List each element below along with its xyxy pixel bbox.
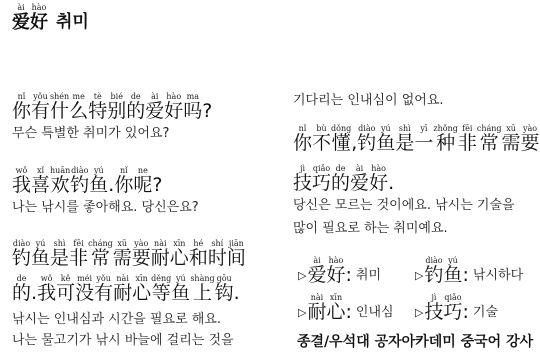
hanzi-with-pinyin: hào好 (326, 256, 345, 286)
reply-korean-line-2: 많이 필요로 하는 취미예요. (293, 219, 448, 239)
vocab-term: ài爱hào好 (307, 256, 345, 286)
hanzi: 可 (56, 283, 75, 304)
hanzi-with-pinyin: hào好 (164, 92, 183, 122)
hanzi: 巧 (312, 173, 331, 194)
hanzi-with-pinyin: huān欢 (50, 166, 70, 196)
punctuation: . (388, 173, 394, 194)
hanzi-with-pinyin: shàng上 (190, 274, 214, 304)
colon: : (463, 265, 469, 286)
hanzi-with-pinyin: cháng常 (88, 239, 113, 269)
hanzi: 鱼 (376, 133, 395, 154)
hanzi: 耐 (307, 302, 326, 323)
hanzi: 你 (12, 101, 31, 122)
hanzi: 巧 (443, 302, 462, 323)
hanzi: 钓 (70, 175, 89, 196)
hanzi-with-pinyin: ne呢 (133, 166, 152, 196)
hanzi-with-pinyin: diào钓 (12, 239, 31, 269)
hanzi: 懂 (332, 133, 351, 154)
hanzi-with-pinyin: hào好 (369, 164, 388, 194)
hanzi-with-pinyin: wǒ我 (37, 274, 56, 304)
hanzi-with-pinyin: diào钓 (357, 124, 376, 154)
hanzi-with-pinyin: nài耐 (151, 239, 170, 269)
hanzi: 种 (436, 133, 455, 154)
hanzi: 心 (326, 302, 345, 323)
hanzi: 需 (502, 133, 521, 154)
hanzi-with-pinyin: xīn心 (326, 293, 345, 323)
hanzi: 上 (193, 283, 212, 304)
hanzi: 鱼 (31, 248, 50, 269)
hanzi-with-pinyin: xū需 (113, 239, 132, 269)
hanzi: 钩 (215, 283, 234, 304)
hanzi-with-pinyin: ài爱 (350, 164, 369, 194)
hanzi-with-pinyin: yú鱼 (376, 124, 395, 154)
hanzi: 我 (12, 175, 31, 196)
colon: : (346, 302, 352, 323)
hanzi: 鱼 (443, 265, 462, 286)
hanzi-with-pinyin: zhǒng种 (433, 124, 457, 154)
hanzi: 不 (312, 133, 331, 154)
title-ruby: ài爱hào好 취미 (12, 3, 89, 33)
hanzi-with-pinyin: shì是 (50, 239, 69, 269)
hanzi: 是 (50, 248, 69, 269)
hanzi: 你 (114, 175, 133, 196)
vocab-item-patience: ▷nài耐xīn心:인내심 (298, 293, 394, 323)
answer-2-chinese-line-1: diào钓yú鱼shì是fēi非cháng常xū需yào要nài耐xīn心hé和… (12, 239, 246, 269)
hanzi-with-pinyin: ài爱 (12, 3, 30, 33)
hanzi: 呢 (133, 175, 152, 196)
vocab-item-hobby: ▷ài爱hào好:취미 (298, 256, 381, 286)
hanzi: 技 (293, 173, 312, 194)
hanzi-with-pinyin: méi没 (75, 274, 94, 304)
hanzi: 钓 (424, 265, 443, 286)
hanzi-with-pinyin: ma吗 (183, 92, 202, 122)
hanzi-with-pinyin: me么 (69, 92, 88, 122)
hanzi-with-pinyin: bié别 (107, 92, 126, 122)
hanzi-with-pinyin: xīn心 (170, 239, 189, 269)
reply-chinese-line-2: jì技qiǎo巧de的ài爱hào好. (293, 164, 394, 194)
vocab-meaning: 취미 (356, 266, 381, 286)
hanzi-with-pinyin: diào钓 (424, 256, 443, 286)
answer-2-korean-line-2: 나는 물고기가 낚시 바늘에 걸리는 것을 (12, 331, 234, 351)
hanzi-with-pinyin: yú鱼 (31, 239, 50, 269)
hanzi-with-pinyin: diào钓 (70, 166, 89, 196)
hanzi: 鱼 (89, 175, 108, 196)
hanzi: 要 (521, 133, 540, 154)
hanzi: 常 (91, 248, 110, 269)
hanzi-with-pinyin: nài耐 (113, 274, 132, 304)
hanzi: 好 (30, 12, 48, 33)
hanzi: 我 (37, 283, 56, 304)
answer-2-chinese-line-2: de的.wǒ我kě可méi没yǒu有nài耐xīn心děng等yú鱼shàng上… (12, 274, 240, 304)
hanzi-with-pinyin: nǐ你 (114, 166, 133, 196)
vocab-meaning: 인내심 (356, 303, 394, 323)
hanzi: 爱 (12, 12, 30, 33)
hanzi-with-pinyin: wǒ我 (12, 166, 31, 196)
hanzi-with-pinyin: gōu钩 (215, 274, 234, 304)
answer-2-korean-line-3: 기다리는 인내심이 없어요. (293, 91, 444, 111)
hanzi-with-pinyin: qiǎo巧 (443, 293, 462, 323)
hanzi: 间 (227, 248, 246, 269)
hanzi: 一 (414, 133, 433, 154)
hanzi: 常 (480, 133, 499, 154)
hanzi-with-pinyin: ài爱 (307, 256, 326, 286)
hanzi: 好 (164, 101, 183, 122)
hanzi: 有 (94, 283, 113, 304)
hanzi: 好 (326, 265, 345, 286)
hanzi: 鱼 (171, 283, 190, 304)
hanzi-with-pinyin: jì技 (293, 164, 312, 194)
hanzi: 有 (31, 101, 50, 122)
vocab-meaning: 기술 (473, 303, 498, 323)
pinyin: hào (32, 3, 47, 12)
triangle-bullet-icon: ▷ (415, 266, 423, 286)
hanzi: 你 (293, 133, 312, 154)
hanzi-with-pinyin: nài耐 (307, 293, 326, 323)
hanzi: 的 (12, 283, 31, 304)
vocab-term: diào钓yú鱼 (424, 256, 462, 286)
hanzi-with-pinyin: yú鱼 (171, 274, 190, 304)
triangle-bullet-icon: ▷ (298, 303, 306, 323)
hanzi-with-pinyin: ài爱 (145, 92, 164, 122)
hanzi-with-pinyin: de的 (12, 274, 31, 304)
hanzi-with-pinyin: xīn心 (132, 274, 151, 304)
hanzi-with-pinyin: nǐ你 (12, 92, 31, 122)
hanzi-with-pinyin: xū需 (502, 124, 521, 154)
answer-1-korean: 나는 낚시를 좋아해요. 당신은요? (12, 198, 199, 218)
hanzi-with-pinyin: dǒng懂 (331, 124, 351, 154)
hanzi-with-pinyin: yī一 (414, 124, 433, 154)
hanzi-with-pinyin: fēi非 (69, 239, 88, 269)
hanzi-with-pinyin: shén什 (50, 92, 69, 122)
hanzi-with-pinyin: de的 (331, 164, 350, 194)
hanzi: 的 (126, 101, 145, 122)
punctuation: ? (202, 101, 212, 122)
hanzi: 好 (369, 173, 388, 194)
hanzi-with-pinyin: nǐ你 (293, 124, 312, 154)
hanzi: 耐 (113, 283, 132, 304)
hanzi-with-pinyin: jì技 (424, 293, 443, 323)
answer-2-korean-line-1: 낚시는 인내심과 시간을 필요로 해요. (12, 310, 221, 330)
pinyin: ài (17, 3, 24, 12)
colon: : (463, 302, 469, 323)
hanzi: 钓 (12, 248, 31, 269)
hanzi-with-pinyin: cháng常 (477, 124, 502, 154)
hanzi-with-pinyin: shí时 (208, 239, 227, 269)
hanzi: 的 (331, 173, 350, 194)
hanzi: 爱 (350, 173, 369, 194)
hanzi: 非 (69, 248, 88, 269)
hanzi: 等 (152, 283, 171, 304)
question-1-chinese: nǐ你yǒu有shén什me么tè特bié别de的ài爱hào好ma吗? (12, 92, 212, 122)
hanzi-with-pinyin: qiǎo巧 (312, 164, 331, 194)
lesson-title: ài爱hào好 취미 (12, 3, 89, 33)
question-1-korean: 무슨 특별한 취미가 있어요? (12, 124, 169, 144)
hanzi-with-pinyin: yǒu有 (94, 274, 113, 304)
hanzi: 钓 (357, 133, 376, 154)
hanzi: 和 (189, 248, 208, 269)
hanzi: 喜 (31, 175, 50, 196)
hanzi: 别 (107, 101, 126, 122)
hanzi: 没 (75, 283, 94, 304)
hanzi-with-pinyin: yào要 (521, 124, 540, 154)
author-credit: 종결/우석대 공자아카데미 중국어 강사 (297, 331, 533, 351)
hanzi-with-pinyin: kě可 (56, 274, 75, 304)
hanzi: 吗 (183, 101, 202, 122)
hanzi: 技 (424, 302, 443, 323)
hanzi: 爱 (145, 101, 164, 122)
punctuation: ? (152, 175, 162, 196)
triangle-bullet-icon: ▷ (298, 266, 306, 286)
hanzi-with-pinyin: hé和 (189, 239, 208, 269)
hanzi: 么 (69, 101, 88, 122)
hanzi: 特 (88, 101, 107, 122)
hanzi: 耐 (151, 248, 170, 269)
hanzi-with-pinyin: hào好 (30, 3, 48, 33)
hanzi-with-pinyin: fēi非 (458, 124, 477, 154)
reply-chinese-line-1: nǐ你bù不dǒng懂,diào钓yú鱼shì是yī一zhǒng种fēi非chá… (293, 124, 540, 154)
hanzi-with-pinyin: yú鱼 (89, 166, 108, 196)
vocab-term: jì技qiǎo巧 (424, 293, 462, 323)
hanzi-with-pinyin: yǒu有 (31, 92, 50, 122)
vocab-item-skill: ▷jì技qiǎo巧:기술 (415, 293, 498, 323)
hanzi-with-pinyin: bù不 (312, 124, 331, 154)
colon: : (346, 265, 352, 286)
vocab-term: nài耐xīn心 (307, 293, 345, 323)
hanzi: 是 (395, 133, 414, 154)
title-korean: 취미 (56, 12, 89, 33)
hanzi: 心 (170, 248, 189, 269)
hanzi: 爱 (307, 265, 326, 286)
hanzi-with-pinyin: shì是 (395, 124, 414, 154)
hanzi: 非 (458, 133, 477, 154)
hanzi-with-pinyin: yào要 (132, 239, 151, 269)
answer-1-chinese: wǒ我xǐ喜huān欢diào钓yú鱼.nǐ你ne呢? (12, 166, 162, 196)
hanzi-with-pinyin: yú鱼 (443, 256, 462, 286)
hanzi: 时 (208, 248, 227, 269)
triangle-bullet-icon: ▷ (415, 303, 423, 323)
hanzi-with-pinyin: xǐ喜 (31, 166, 50, 196)
hanzi: 什 (50, 101, 69, 122)
hanzi-with-pinyin: tè特 (88, 92, 107, 122)
reply-korean-line-1: 당신은 모르는 것이에요. 낚시는 기술을 (293, 196, 515, 216)
hanzi-with-pinyin: jiān间 (227, 239, 246, 269)
hanzi: 心 (132, 283, 151, 304)
hanzi: 欢 (51, 175, 70, 196)
punctuation: . (234, 283, 240, 304)
hanzi: 要 (132, 248, 151, 269)
hanzi-with-pinyin: děng等 (151, 274, 171, 304)
vocab-item-fishing: ▷diào钓yú鱼:낚시하다 (415, 256, 523, 286)
hanzi-with-pinyin: de的 (126, 92, 145, 122)
vocab-meaning: 낚시하다 (473, 266, 523, 286)
hanzi: 需 (113, 248, 132, 269)
